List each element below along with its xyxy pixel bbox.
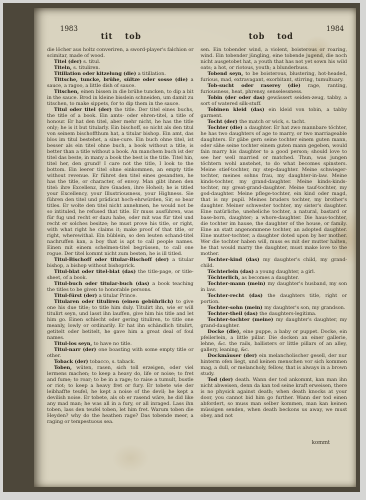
dictionary-entry: Titul-buch oder titular-buch (das) a boo… (47, 281, 194, 293)
entry-headword: Toben, (54, 365, 76, 371)
scan-background: 1983 tit tob tob tod 1984 die löcher aus… (3, 3, 360, 492)
entry-headword: Tobinen kleid (das) (208, 107, 269, 113)
catchword: kommt (34, 439, 356, 446)
dictionary-entry: Toben, wüten, rasen, sich toll erzeigen,… (47, 365, 194, 425)
dictionary-entry: Titschen, einen bissen in die brühe tunc… (47, 89, 194, 107)
entry-headword: Tob-sucht oder raserey (die) (208, 83, 308, 89)
page-edges (3, 3, 30, 492)
entry-headword: Titul-buch oder titular-buch (das) (54, 281, 152, 287)
dictionary-entry: Titul-narr (der) one boasting with some … (47, 347, 194, 359)
dictionary-entry: Tobin (der oder das) gewässert seiden-ze… (201, 95, 348, 107)
dictionary-entry: Tochter-tochter (meine) my daughter's da… (201, 317, 348, 329)
entry-headword: Titul-blat oder titel-blat (das) (54, 269, 138, 275)
dictionary-entry: Titularen oder tituliren (einen gebührli… (47, 299, 194, 341)
page-number-right: 1984 (326, 25, 344, 33)
running-head-right: tob tod 1984 (196, 24, 346, 43)
dictionary-entry: Titul-Bischoff oder titular-Bischoff (de… (47, 257, 194, 269)
entry-headword: Titschen, (54, 89, 81, 95)
dictionary-entry: Tob-sucht oder raserey (die) rage, ranti… (201, 83, 348, 95)
entry-headword: Tochter (die) (208, 125, 245, 131)
entry-headword: Tobin (der oder das) (208, 95, 268, 101)
dictionary-entry: Tittsche, tuncke, brühe, sültze oder sos… (47, 77, 194, 89)
dictionary-entry: Dockmäuser (der) ein melancholischer ges… (201, 353, 348, 377)
entry-headword: Docke (die), (208, 329, 244, 335)
entry-headword: Titul-narr (der) (54, 347, 98, 353)
right-column: sen. Ein tobender wind, a violent, boist… (201, 47, 348, 439)
entry-headword: Tittsche, tuncke, brühe, sültze oder sos… (54, 77, 191, 83)
book-scan: 1983 tit tob tob tod 1984 die löcher aus… (0, 0, 366, 500)
entry-headword: Tod (der) (208, 377, 236, 383)
dictionary-entry: Tochter-kind (das) my daughter's child, … (201, 257, 348, 269)
left-column: die löcher aus holtz converiren, a sword… (47, 47, 194, 439)
dictionary-entry: sen. Ein tobender wind, a violent, boist… (201, 47, 348, 71)
book-page: 1983 tit tob tob tod 1984 die löcher aus… (34, 8, 356, 487)
dictionary-entry: Titul-blat oder titel-blat (das) the tit… (47, 269, 194, 281)
entry-headword: Tochter-kind (das) (208, 257, 263, 263)
dictionary-entry: Tochter-recht (das) the daughters title,… (201, 293, 348, 305)
dictionary-entry: Docke (die), eine puppe, a baby or puppe… (201, 329, 348, 353)
running-head: 1983 tit tob tob tod 1984 (46, 24, 346, 43)
entry-headword: Titul oder titel (der) (54, 107, 114, 113)
entry-headword: Tochter-mann (mein) (208, 281, 268, 287)
dictionary-entry: Tochter (die) a daughter. Er hat zwo man… (201, 125, 348, 257)
entry-headword: Tochter-recht (das) (208, 293, 268, 299)
dictionary-entry: Tobinen kleid (das) ein kleid von tobin,… (201, 107, 348, 119)
entry-headword: Tobend seyn, (208, 71, 246, 77)
dictionary-entry: die löcher aus holtz converiren, a sword… (47, 47, 194, 59)
running-title-left: tit tob (101, 31, 141, 41)
dictionary-entry: Tobend seyn, to be boisterous, blusterin… (201, 71, 348, 83)
entry-headword: Tochter-tochter (meine) (208, 317, 276, 323)
entry-headword: Titularen oder tituliren (einen gebührli… (54, 299, 176, 305)
text-columns: die löcher aus holtz converiren, a sword… (47, 47, 347, 439)
running-title-right: tob tod (249, 31, 294, 41)
running-head-left: 1983 tit tob (46, 24, 196, 43)
dictionary-entry: Titul oder titel (der) the title. Der ti… (47, 107, 194, 257)
dictionary-entry: Tod (der) death. Wann der tod ankommt, k… (201, 377, 348, 419)
dictionary-entry: Tochter-mann (mein) my daughter's husban… (201, 281, 348, 293)
entry-headword: Titul-Bischoff oder titular-Bischoff (de… (54, 257, 172, 263)
page-number-left: 1983 (60, 25, 78, 33)
entry-headword: Dockmäuser (der) (208, 353, 260, 359)
